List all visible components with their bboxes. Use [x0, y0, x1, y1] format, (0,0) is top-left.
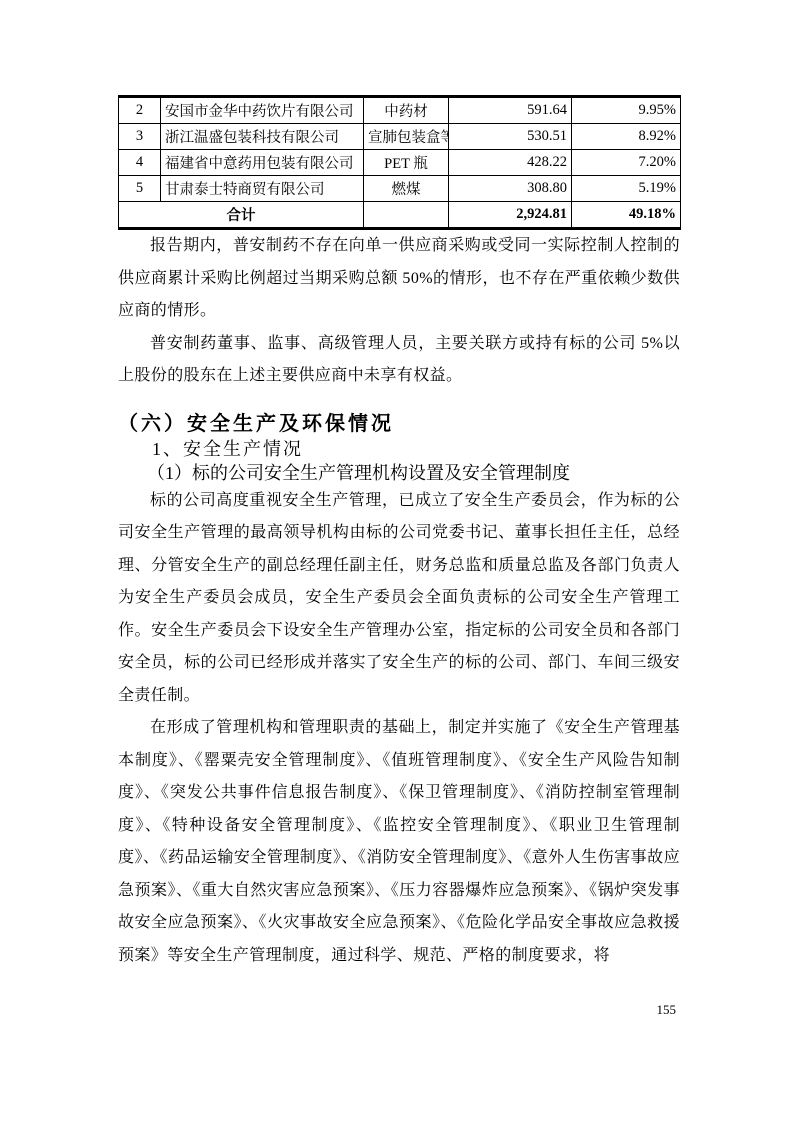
supplier-table: 2 安国市金华中药饮片有限公司 中药材 591.64 9.95% 3 浙江温盛包…: [118, 95, 681, 230]
cell-total-percent: 49.18%: [572, 202, 681, 229]
table-row: 4 福建省中意药用包装有限公司 PET 瓶 428.22 7.20%: [119, 150, 681, 176]
cell-rank: 4: [119, 150, 161, 176]
cell-item: 中药材: [364, 97, 449, 124]
cell-total-label: 合计: [119, 202, 364, 229]
cell-total-amount: 2,924.81: [449, 202, 572, 229]
paragraph-safety-systems: 在形成了管理机构和管理职责的基础上，制定并实施了《安全生产管理基本制度》、《罂粟…: [118, 712, 680, 972]
table-row: 2 安国市金华中药饮片有限公司 中药材 591.64 9.95%: [119, 97, 681, 124]
cell-percent: 7.20%: [572, 150, 681, 176]
cell-percent: 5.19%: [572, 176, 681, 202]
cell-company: 甘肃泰士特商贸有限公司: [161, 176, 364, 202]
cell-rank: 5: [119, 176, 161, 202]
table-row: 5 甘肃泰士特商贸有限公司 燃煤 308.80 5.19%: [119, 176, 681, 202]
paragraph-safety-organization: 标的公司高度重视安全生产管理，已成立了安全生产委员会，作为标的公司安全生产管理的…: [118, 485, 680, 713]
cell-company: 浙江温盛包装科技有限公司: [161, 124, 364, 150]
cell-total-item: [364, 202, 449, 229]
page-content: 2 安国市金华中药饮片有限公司 中药材 591.64 9.95% 3 浙江温盛包…: [118, 95, 680, 972]
cell-amount: 530.51: [449, 124, 572, 150]
cell-percent: 9.95%: [572, 97, 681, 124]
paragraph-related-party-rights: 普安制药董事、监事、高级管理人员，主要关联方或持有标的公司 5%以上股份的股东在…: [118, 328, 680, 393]
document-page: 2 安国市金华中药饮片有限公司 中药材 591.64 9.95% 3 浙江温盛包…: [0, 0, 793, 1122]
paragraph-supplier-concentration: 报告期内，普安制药不存在向单一供应商采购或受同一实际控制人控制的供应商累计采购比…: [118, 230, 680, 328]
cell-company: 福建省中意药用包装有限公司: [161, 150, 364, 176]
cell-rank: 3: [119, 124, 161, 150]
cell-item: 宣肺包装盒等: [364, 124, 449, 150]
cell-percent: 8.92%: [572, 124, 681, 150]
cell-amount: 308.80: [449, 176, 572, 202]
section-heading-safety-environment: （六）安全生产及环保情况: [118, 411, 680, 437]
subsection-heading-safety-management-org: （1）标的公司安全生产管理机构设置及安全管理制度: [118, 461, 680, 485]
cell-item: PET 瓶: [364, 150, 449, 176]
cell-company: 安国市金华中药饮片有限公司: [161, 97, 364, 124]
cell-rank: 2: [119, 97, 161, 124]
table-total-row: 合计 2,924.81 49.18%: [119, 202, 681, 229]
cell-item: 燃煤: [364, 176, 449, 202]
page-number: 155: [657, 1002, 677, 1018]
table-row: 3 浙江温盛包装科技有限公司 宣肺包装盒等 530.51 8.92%: [119, 124, 681, 150]
subsection-heading-safety-production: 1、安全生产情况: [118, 437, 680, 461]
cell-amount: 428.22: [449, 150, 572, 176]
cell-amount: 591.64: [449, 97, 572, 124]
